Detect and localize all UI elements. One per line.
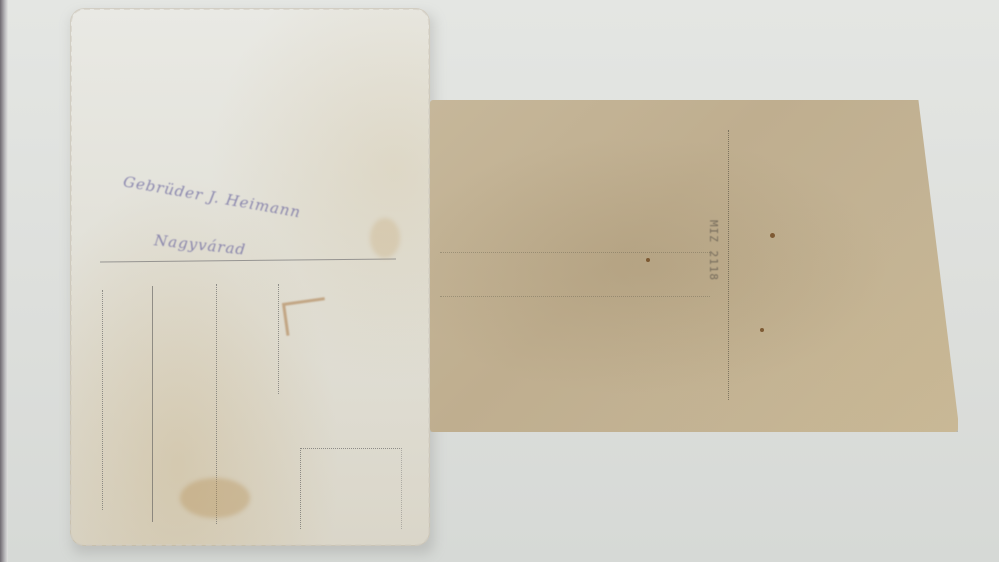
- dotted-rule: [102, 290, 103, 510]
- dotted-line: [440, 296, 710, 297]
- center-dotted-rule: [728, 130, 729, 400]
- right-postcard: MIZ 2118: [430, 100, 958, 432]
- printed-text: MIZ 2118: [707, 220, 720, 281]
- handwriting-line-1: Gebrüder J. Heimann: [122, 172, 303, 221]
- spot: [770, 233, 775, 238]
- spot: [646, 258, 650, 262]
- stain: [370, 218, 400, 258]
- dotted-line: [440, 252, 710, 253]
- stain: [180, 478, 250, 518]
- handwriting-line-2: Nagyvárad: [153, 231, 247, 259]
- left-postcard: Gebrüder J. Heimann Nagyvárad: [70, 8, 430, 546]
- divider-line: [100, 258, 396, 262]
- spot: [760, 328, 764, 332]
- stamp-box: [300, 448, 402, 529]
- dotted-rule: [278, 284, 279, 394]
- table-edge: [0, 0, 8, 562]
- dotted-rule: [216, 284, 217, 524]
- center-divider-line: [152, 286, 153, 522]
- stain: [282, 297, 329, 336]
